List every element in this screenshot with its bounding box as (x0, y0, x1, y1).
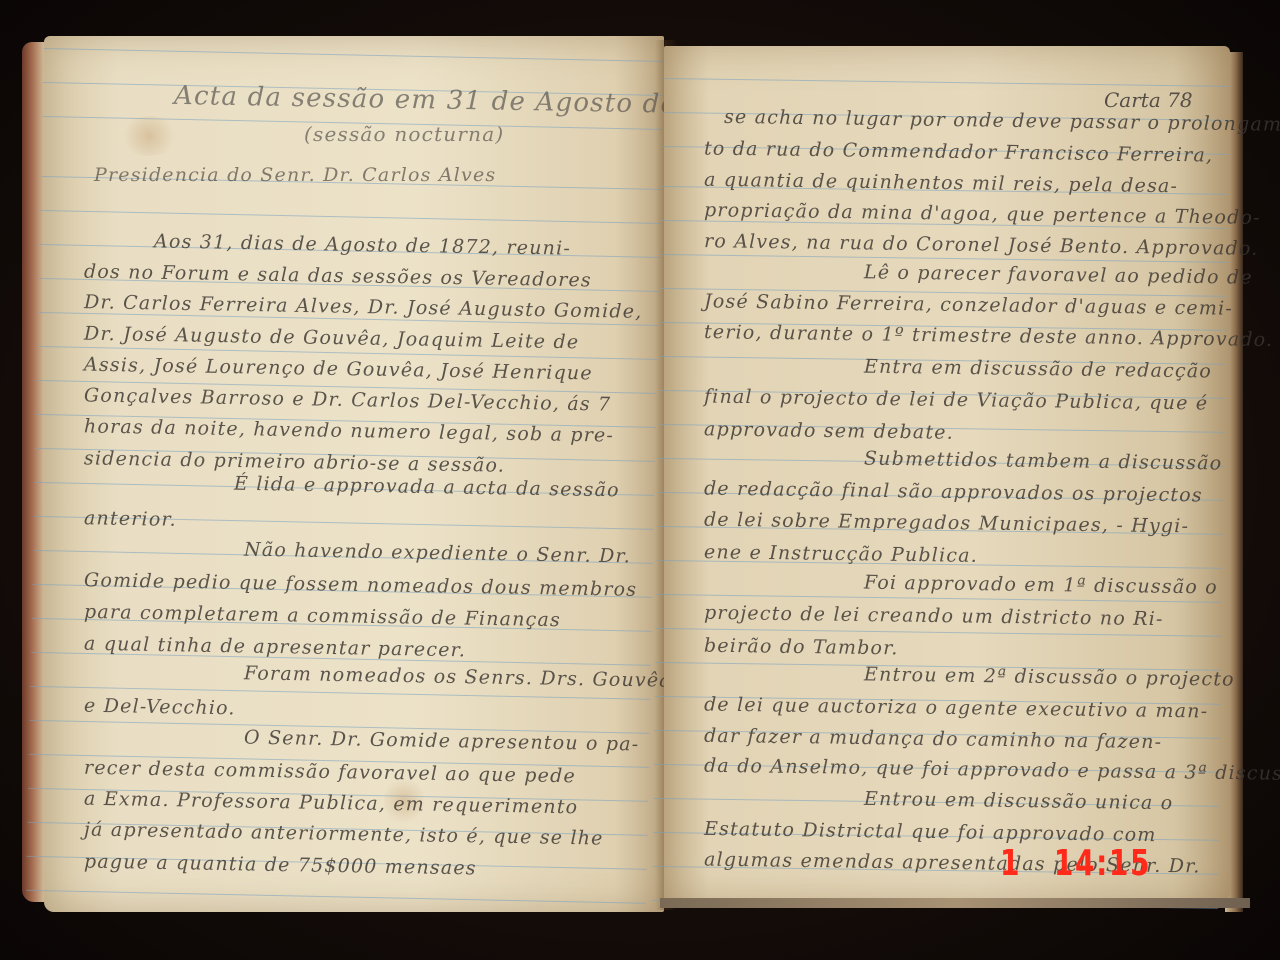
timestamp-frame: 1 (1000, 843, 1021, 884)
minute-line: sidencia do primeiro abrio-se a sessão. (84, 447, 505, 476)
minute-line: se acha no lugar por onde deve passar o … (724, 106, 1280, 136)
left-page-text: Acta da sessão em 31 de Agosto de 1872 (… (44, 36, 664, 912)
minute-line: final o projecto de lei de Viação Public… (704, 385, 1209, 414)
minute-line: Submettidos tambem a discussão (864, 447, 1223, 474)
minute-line: Foi approvado em 1ª discussão o (864, 572, 1218, 599)
minute-line: beirão do Tambor. (704, 635, 899, 660)
minute-line: to da rua do Commendador Francisco Ferre… (704, 137, 1213, 166)
minute-line: Dr. José Augusto de Gouvêa, Joaquim Leit… (84, 323, 580, 354)
minute-line: Estatuto Districtal que foi approvado co… (704, 818, 1157, 846)
minute-line: da do Anselmo, que foi approvado e passa… (704, 755, 1280, 786)
minute-line: Entrou em 2ª discussão o projecto (864, 663, 1235, 690)
minute-line: de lei sobre Empregados Municipaes, - Hy… (704, 509, 1189, 538)
minute-line: Dr. Carlos Ferreira Alves, Dr. José Augu… (84, 291, 643, 323)
minute-line: Assis, José Lourenço de Gouvêa, José Hen… (84, 354, 593, 385)
minute-line: a qual tinha de apresentar parecer. (84, 633, 466, 662)
minute-line: pague a quantia de 75$000 mensaes (84, 851, 477, 880)
session-subtitle: (sessão nocturna) (304, 122, 504, 146)
minute-line: É lida e approvada a acta da sessão (234, 473, 620, 502)
minute-line: já apresentado anteriormente, isto é, qu… (84, 818, 604, 849)
timestamp-time: 14:15 (1054, 843, 1151, 884)
minute-line: a quantia de quinhentos mil reis, pela d… (704, 169, 1178, 198)
minute-line: a Exma. Professora Publica, em requerime… (84, 788, 579, 819)
minute-line: Gomide pedio que fossem nomeados dous me… (84, 569, 638, 601)
minute-line: propriação da mina d'agoa, que pertence … (704, 199, 1261, 229)
minute-line: ro Alves, na rua do Coronel José Bento. … (704, 230, 1259, 260)
camera-timestamp-overlay: 114:15 (1000, 843, 1151, 884)
minute-line: projecto de lei creando um districto no … (704, 602, 1164, 630)
minute-line: anterior. (84, 507, 177, 531)
left-page: Acta da sessão em 31 de Agosto de 1872 (… (44, 36, 664, 912)
minute-line: Foram nomeados os Senrs. Drs. Gouvêa (244, 662, 672, 691)
minute-line: Entrou em discussão unica o (864, 788, 1174, 814)
minute-line: Entra em discussão de redacção (864, 356, 1212, 383)
minute-line: dos no Forum e sala das sessões os Verea… (84, 261, 592, 292)
minute-line: de redacção final são approvados os proj… (704, 478, 1203, 507)
minute-line: Lê o parecer favoravel ao pedido de (864, 261, 1253, 288)
minute-line: ene e Instrucção Publica. (704, 541, 978, 567)
minute-line: José Sabino Ferreira, conzelador d'aguas… (704, 290, 1233, 319)
minute-line: recer desta commissão favoravel ao que p… (84, 757, 576, 788)
minute-line: terio, durante o 1º trimestre deste anno… (704, 321, 1274, 351)
minute-line: e Del-Vecchio. (84, 695, 236, 720)
minute-line: Aos 31, dias de Agosto de 1872, reuni- (154, 230, 571, 259)
right-page: Carta 78 se acha no lugar por onde deve … (664, 46, 1230, 902)
minute-line: Gonçalves Barroso e Dr. Carlos Del-Vecch… (84, 384, 612, 415)
minute-line: Não havendo expediente o Senr. Dr. (244, 539, 631, 568)
presidency-line: Presidencia do Senr. Dr. Carlos Alves (94, 164, 496, 186)
open-ledger-book: Acta da sessão em 31 de Agosto de 1872 (… (0, 0, 1280, 960)
page-block-bottom-edge (660, 898, 1250, 908)
minute-line: de lei que auctoriza o agente executivo … (704, 693, 1209, 722)
minute-line: approvado sem debate. (704, 418, 954, 443)
minute-line: para completarem a commissão de Finanças (84, 601, 561, 631)
minute-line: O Senr. Dr. Gomide apresentou o pa- (244, 727, 640, 756)
right-page-text: se acha no lugar por onde deve passar o … (664, 46, 1230, 902)
minute-line: horas da noite, havendo numero legal, so… (84, 415, 614, 446)
minute-line: dar fazer a mudança do caminho na fazen- (704, 725, 1163, 753)
